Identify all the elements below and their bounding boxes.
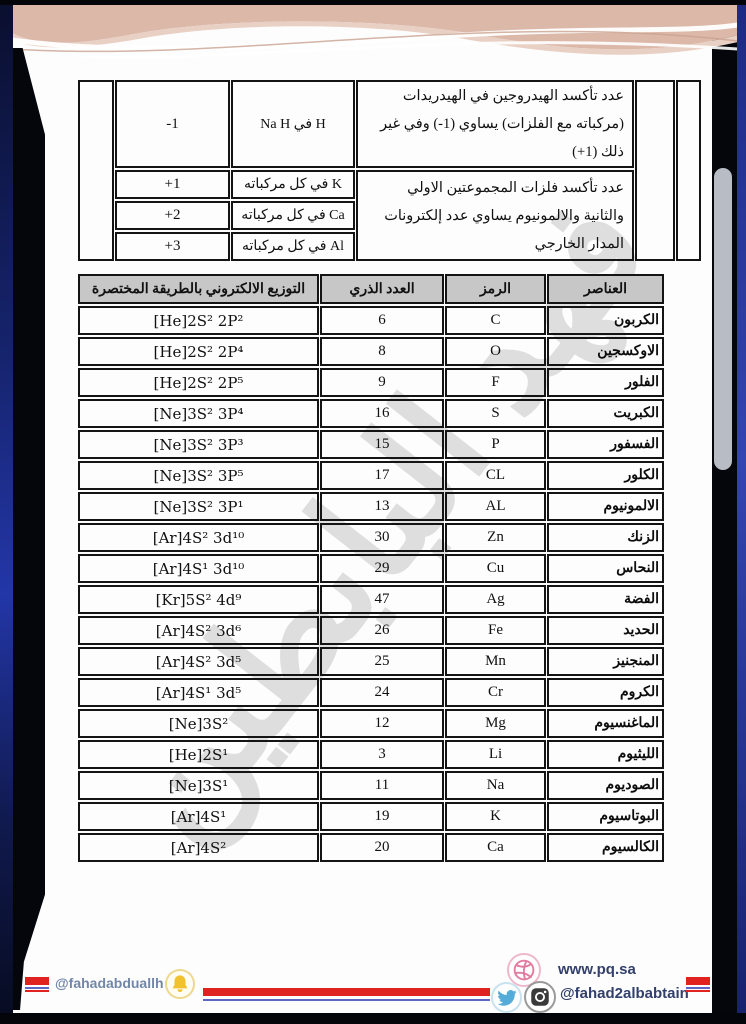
- table-row: النحاس Cu 29 [Ar]4S¹ 3d¹⁰: [78, 554, 664, 583]
- empty-cell: [78, 80, 114, 261]
- electron-config-cell: [Ne]3S²: [78, 709, 319, 738]
- electron-config-cell: [Ne]3S² 3P⁵: [78, 461, 319, 490]
- electron-config-cell: [Ar]4S² 3d⁶: [78, 616, 319, 645]
- table-row: المنجنيز Mn 25 [Ar]4S² 3d⁵: [78, 647, 664, 676]
- table-row: الفضة Ag 47 [Kr]5S² 4d⁹: [78, 585, 664, 614]
- atomic-number-cell: 20: [320, 833, 444, 862]
- table-row: الزنك Zn 30 [Ar]4S² 3d¹⁰: [78, 523, 664, 552]
- element-name-cell: الكلور: [547, 461, 664, 490]
- instagram-handle-link[interactable]: @fahad2albabtain: [560, 985, 689, 1002]
- screen-edge-top: [0, 0, 746, 5]
- flag-icon: [686, 977, 710, 992]
- table-row: الاوكسجين O 8 [He]2S² 2P⁴: [78, 337, 664, 366]
- table-row: الفلور F 9 [He]2S² 2P⁵: [78, 368, 664, 397]
- atomic-number-cell: 13: [320, 492, 444, 521]
- rule-example: K في كل مركباته: [231, 170, 355, 199]
- bell-icon[interactable]: [165, 969, 195, 999]
- atomic-number-cell: 29: [320, 554, 444, 583]
- electron-config-cell: [Ar]4S¹ 3d¹⁰: [78, 554, 319, 583]
- electron-config-cell: [Kr]5S² 4d⁹: [78, 585, 319, 614]
- scrollbar-thumb[interactable]: [714, 168, 732, 470]
- element-name-cell: الاوكسجين: [547, 337, 664, 366]
- element-name-cell: الحديد: [547, 616, 664, 645]
- header-element: العناصر: [547, 274, 664, 304]
- atomic-number-cell: 12: [320, 709, 444, 738]
- table-row: الكروم Cr 24 [Ar]4S¹ 3d⁵: [78, 678, 664, 707]
- element-name-cell: البوتاسيوم: [547, 802, 664, 831]
- element-symbol-cell: O: [445, 337, 546, 366]
- element-symbol-cell: Li: [445, 740, 546, 769]
- twitter-icon[interactable]: [491, 982, 522, 1013]
- electron-config-cell: [Ar]4S¹ 3d⁵: [78, 678, 319, 707]
- electron-config-cell: [He]2S² 2P⁴: [78, 337, 319, 366]
- element-name-cell: الزنك: [547, 523, 664, 552]
- header-symbol: الرمز: [445, 274, 546, 304]
- elements-table: العناصر الرمز العدد الذري التوزيع الالكت…: [77, 272, 665, 864]
- electron-config-cell: [Ne]3S² 3P⁴: [78, 399, 319, 428]
- table-row: الماغنسيوم Mg 12 [Ne]3S²: [78, 709, 664, 738]
- atomic-number-cell: 3: [320, 740, 444, 769]
- footer-red-bar: [203, 988, 490, 996]
- atomic-number-cell: 16: [320, 399, 444, 428]
- element-name-cell: الالمونيوم: [547, 492, 664, 521]
- oxidation-value: -1: [115, 80, 230, 168]
- atomic-number-cell: 47: [320, 585, 444, 614]
- table-row: الحديد Fe 26 [Ar]4S² 3d⁶: [78, 616, 664, 645]
- empty-cell: [676, 80, 701, 261]
- oxidation-value: +3: [115, 232, 230, 261]
- rule-text-hydrogen: عدد تأكسد الهيدروجين في الهيدريدات (مركب…: [356, 80, 634, 168]
- electron-config-cell: [Ar]4S²: [78, 833, 319, 862]
- table-row: الصوديوم Na 11 [Ne]3S¹: [78, 771, 664, 800]
- element-symbol-cell: Fe: [445, 616, 546, 645]
- header-configuration: التوزيع الالكتروني بالطريقة المختصرة: [78, 274, 319, 304]
- element-name-cell: الصوديوم: [547, 771, 664, 800]
- instagram-icon[interactable]: [524, 981, 556, 1013]
- element-symbol-cell: Na: [445, 771, 546, 800]
- electron-config-cell: [Ne]3S¹: [78, 771, 319, 800]
- empty-cell: [635, 80, 675, 261]
- rule-example: H في Na H: [231, 80, 355, 168]
- element-symbol-cell: Ag: [445, 585, 546, 614]
- electron-config-cell: [Ar]4S² 3d⁵: [78, 647, 319, 676]
- table-row: الليثيوم Li 3 [He]2S¹: [78, 740, 664, 769]
- atomic-number-cell: 17: [320, 461, 444, 490]
- electron-config-cell: [He]2S² 2P²: [78, 306, 319, 335]
- element-name-cell: الفضة: [547, 585, 664, 614]
- element-name-cell: الفسفور: [547, 430, 664, 459]
- element-symbol-cell: Mg: [445, 709, 546, 738]
- atomic-number-cell: 26: [320, 616, 444, 645]
- element-symbol-cell: AL: [445, 492, 546, 521]
- atomic-number-cell: 25: [320, 647, 444, 676]
- electron-config-cell: [Ne]3S² 3P¹: [78, 492, 319, 521]
- table-row: الكبريت S 16 [Ne]3S² 3P⁴: [78, 399, 664, 428]
- element-name-cell: الفلور: [547, 368, 664, 397]
- element-name-cell: الكربون: [547, 306, 664, 335]
- atomic-number-cell: 19: [320, 802, 444, 831]
- screen-edge-left: [0, 0, 13, 1024]
- table-row: البوتاسيوم K 19 [Ar]4S¹: [78, 802, 664, 831]
- atomic-number-cell: 15: [320, 430, 444, 459]
- table-row: الكربون C 6 [He]2S² 2P²: [78, 306, 664, 335]
- element-symbol-cell: Mn: [445, 647, 546, 676]
- header-atomic-number: العدد الذري: [320, 274, 444, 304]
- rule-example: Ca في كل مركباته: [231, 201, 355, 230]
- atomic-number-cell: 9: [320, 368, 444, 397]
- oxidation-value: +1: [115, 170, 230, 199]
- screen-edge-right: [737, 0, 746, 1024]
- oxidation-value: +2: [115, 201, 230, 230]
- element-symbol-cell: P: [445, 430, 546, 459]
- atomic-number-cell: 30: [320, 523, 444, 552]
- electron-config-cell: [Ne]3S² 3P³: [78, 430, 319, 459]
- electron-config-cell: [He]2S² 2P⁵: [78, 368, 319, 397]
- table-header-row: العناصر الرمز العدد الذري التوزيع الالكت…: [78, 274, 664, 304]
- element-symbol-cell: K: [445, 802, 546, 831]
- atomic-number-cell: 24: [320, 678, 444, 707]
- element-symbol-cell: Zn: [445, 523, 546, 552]
- element-name-cell: المنجنيز: [547, 647, 664, 676]
- element-name-cell: الكبريت: [547, 399, 664, 428]
- footer-blue-line: [203, 999, 490, 1001]
- table-row: الكالسيوم Ca 20 [Ar]4S²: [78, 833, 664, 862]
- table-row: الكلور CL 17 [Ne]3S² 3P⁵: [78, 461, 664, 490]
- element-name-cell: النحاس: [547, 554, 664, 583]
- atomic-number-cell: 8: [320, 337, 444, 366]
- element-symbol-cell: S: [445, 399, 546, 428]
- oxidation-rules-table: عدد تأكسد الهيدروجين في الهيدريدات (مركب…: [77, 78, 702, 263]
- element-name-cell: الماغنسيوم: [547, 709, 664, 738]
- photo-dark-edge-left: [13, 48, 45, 1010]
- flag-icon: [25, 977, 49, 992]
- element-symbol-cell: Cr: [445, 678, 546, 707]
- electron-config-cell: [Ar]4S¹: [78, 802, 319, 831]
- element-symbol-cell: F: [445, 368, 546, 397]
- screen-edge-bottom: [0, 1013, 746, 1024]
- atomic-number-cell: 6: [320, 306, 444, 335]
- table-row: الالمونيوم AL 13 [Ne]3S² 3P¹: [78, 492, 664, 521]
- element-symbol-cell: C: [445, 306, 546, 335]
- element-symbol-cell: CL: [445, 461, 546, 490]
- snapchat-handle-link[interactable]: @fahadabduallh: [55, 975, 164, 991]
- table-row: الفسفور P 15 [Ne]3S² 3P³: [78, 430, 664, 459]
- element-symbol-cell: Cu: [445, 554, 546, 583]
- element-name-cell: الكروم: [547, 678, 664, 707]
- electron-config-cell: [Ar]4S² 3d¹⁰: [78, 523, 319, 552]
- ribbon-decoration: [12, 5, 738, 63]
- element-name-cell: الليثيوم: [547, 740, 664, 769]
- screenshot-frame: فهد البابطين عدد تأكسد الهيدروجين في اله…: [0, 0, 746, 1024]
- rule-text-metals: عدد تأكسد فلزات المجموعتين الاولي والثان…: [356, 170, 634, 261]
- element-symbol-cell: Ca: [445, 833, 546, 862]
- photo-dark-edge-right: [712, 0, 740, 1024]
- atomic-number-cell: 11: [320, 771, 444, 800]
- electron-config-cell: [He]2S¹: [78, 740, 319, 769]
- element-name-cell: الكالسيوم: [547, 833, 664, 862]
- website-link[interactable]: www.pq.sa: [558, 961, 636, 978]
- rule-example: Al في كل مركباته: [231, 232, 355, 261]
